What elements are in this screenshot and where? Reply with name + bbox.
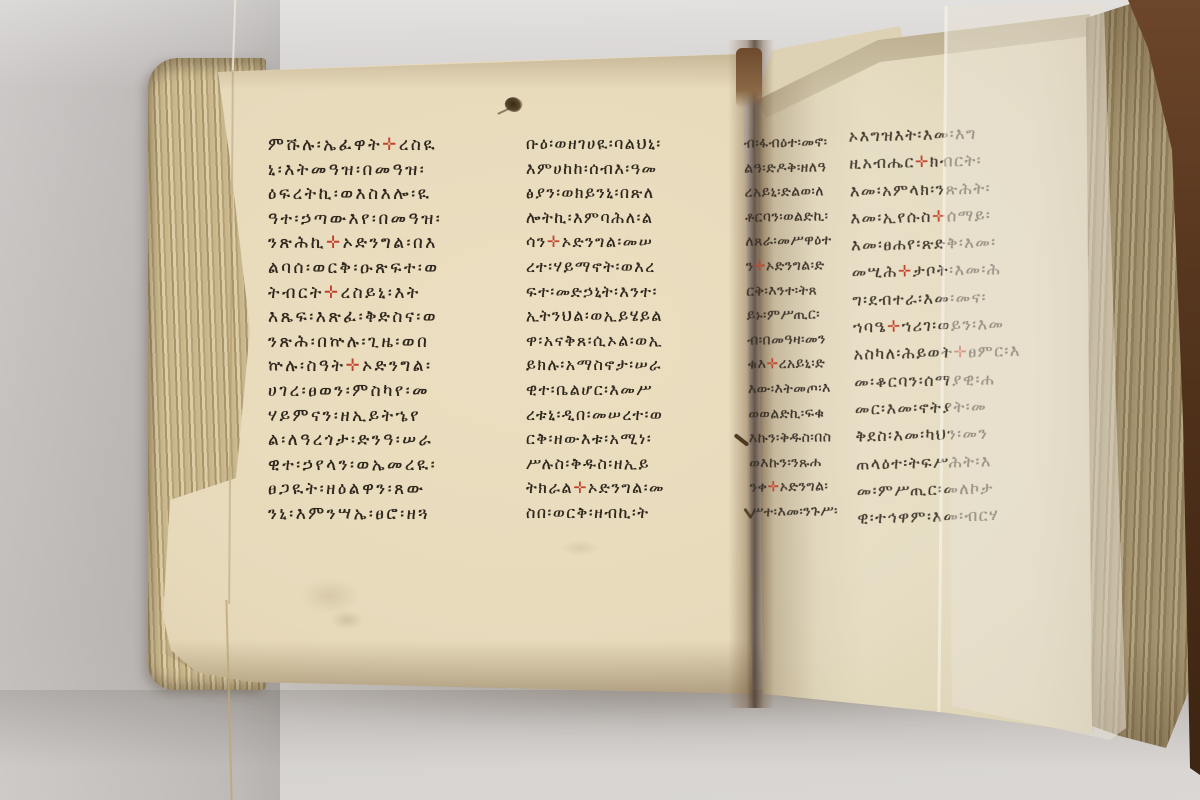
manuscript-text-line: ዊተ፡ኃየላን፡ወኤመረዪ፡ (268, 453, 518, 478)
manuscript-text-line: እኩን፡ቅዱስ፡በስ (749, 425, 842, 451)
parchment-stain (300, 578, 360, 614)
red-cross-divider: ✛ (887, 317, 902, 336)
manuscript-text-line: ይክሉ፡አማስኖታ፡ሠራ (526, 353, 738, 378)
manuscript-text-line: ሃይምናን፡ዘኢይትኄየ (268, 404, 518, 429)
manuscript-text-line: ወእኩን፡ንጹሐ (749, 450, 842, 476)
red-cross-divider: ✛ (345, 356, 362, 376)
manuscript-text-line: ሎትኪ፡እምባሕለ፡ል (526, 206, 738, 231)
manuscript-text-line: ፅያን፡ወክይንኒ፡በጽለ (526, 181, 738, 206)
manuscript-text-line: እው፡እትመጦ፡እ (748, 376, 841, 402)
manuscript-text-line: ለጸራ፡መሥዋዕተ (745, 229, 838, 255)
parchment-stain (560, 540, 600, 556)
manuscript-text-line: ይኑ፡ምሥጢር፡ (747, 302, 840, 328)
manuscript-text-line: ዋ፡አናቅጸ፡ሲኦል፡ወኢ (526, 329, 738, 354)
manuscript-text-line: ስበ፡ወርቅ፡ዘብኪ፡ት (526, 501, 738, 526)
manuscript-text-line: ረአይኒ፡ድልወ፡ለ (744, 179, 837, 205)
manuscript-text-line: ሥተ፡እመ፡ንጉሥ፡ (750, 499, 843, 525)
manuscript-text-line: ንቀ✛ኦድንግል፡ (750, 474, 843, 500)
manuscript-text-line: ንጽሕኪ✛ኦድንግል፡በእ (268, 231, 518, 256)
manuscript-text-line: ቶርባን፡ወልድኪ፡ (745, 204, 838, 230)
red-cross-divider: ✛ (754, 258, 767, 274)
red-cross-divider: ✛ (547, 232, 562, 251)
manuscript-text-line: ቡዕ፡ወዘገሀዪ፡ባልህኒ፡ (526, 132, 738, 157)
parchment-stain (330, 610, 364, 630)
left-page-column-2-text: ቡዕ፡ወዘገሀዪ፡ባልህኒ፡እምሀከከ፡ሰብእ፡ዓመፅያን፡ወክይንኒ፡በጽለሎ… (526, 132, 738, 530)
red-cross-divider: ✛ (326, 233, 343, 253)
manuscript-text-line: ፀጋዪት፡ዘዕልዋን፡ጸው (268, 477, 518, 502)
manuscript-text-line: ትክራል✛ኦድንግል፡መ (526, 476, 738, 501)
manuscript-text-line: ሀገረ፡ፀወን፡ምስካየ፡መ (268, 379, 518, 404)
manuscript-text-line: እጼፍ፡እጽፈ፡ቅድስና፡ወ (268, 305, 518, 330)
red-cross-divider: ✛ (898, 262, 913, 281)
red-cross-divider: ✛ (382, 135, 399, 155)
manuscript-text-line: ርቅ፡ዘውእቱ፡አሚነ፡ (526, 427, 738, 452)
manuscript-text-line: ንጽሕ፡በኵሉ፡ጊዜ፡ወበ (268, 330, 518, 355)
binding-gutter-top (736, 48, 762, 108)
red-cross-divider: ✛ (915, 152, 930, 171)
manuscript-text-line: ብ፡በመዓዛ፡መን (747, 327, 840, 353)
manuscript-text-line: ልባሰ፡ወርቅ፡ዑጽፍተ፡ወ (268, 256, 518, 281)
manuscript-text-line: ሳን✛ኦድንግል፡መሠ (526, 230, 738, 255)
manuscript-text-line: ሥሉስ፡ቅዱስ፡ዘኢይ (526, 452, 738, 477)
manuscript-text-line: ረቱኒ፡ዲበ፡መሠረተ፡ወ (526, 403, 738, 428)
manuscript-text-line: ኵሉ፡ስዓት✛ኦድንግል፡ (268, 354, 518, 379)
manuscript-text-line: ል፡ለዓረጎታ፡ድንዓ፡ሠራ (268, 428, 518, 453)
left-page-column-1-text: ምሹሉ፡ኤፈዋት✛ረስዪኒ፡እትመዓዝ፡በመዓዝ፡ዕፍረትኪ፡ወእስእሎ፡ዪዓተ… (268, 133, 518, 529)
red-cross-divider: ✛ (767, 480, 780, 496)
manuscript-text-line: ዊተ፡ቤልሆር፡እመሥ (526, 378, 738, 403)
manuscript-text-line: ኢትንህል፡ወኢይሄይል (526, 304, 738, 329)
manuscript-text-line: ልዓ፡ድዶቅ፡ዘለዓ (744, 155, 837, 181)
right-page-column-1-text: ብ፡ፋብዕተ፡መኖ፡ልዓ፡ድዶቅ፡ዘለዓረአይኒ፡ድልወ፡ለቶርባን፡ወልድኪ፡… (744, 130, 844, 532)
manuscript-text-line: ኒ፡እትመዓዝ፡በመዓዝ፡ (268, 158, 518, 183)
red-cross-divider: ✛ (573, 478, 588, 497)
manuscript-text-line: ፍተ፡መድኃኒት፡እንተ፡ (526, 280, 738, 305)
manuscript-text-line: ብ፡ፋብዕተ፡መኖ፡ (744, 130, 837, 156)
manuscript-text-line: ርቅ፡እንተ፡ትጸ (746, 278, 839, 304)
manuscript-text-line: ንኒ፡እምንሣኤ፡ፀሮ፡ዘጓ (268, 502, 518, 527)
manuscript-text-line: ምሹሉ፡ኤፈዋት✛ረስዪ (268, 133, 518, 158)
manuscript-text-line: ትብርት✛ረስይኒ፡እት (268, 281, 518, 306)
manuscript-text-line: ዓተ፡ኃጣውእየ፡በመዓዝ፡ (268, 207, 518, 232)
manuscript-text-line: ረተ፡ሃይማኖት፡ወእረ (526, 255, 738, 280)
manuscript-text-line: ወወልድኪ፡ፍቁ (748, 401, 841, 427)
red-cross-divider: ✛ (766, 357, 779, 373)
manuscript-text-line: እምሀከከ፡ሰብእ፡ዓመ (526, 157, 738, 182)
manuscript-text-line: ቁእ✛ረአይኒ፡ድ (747, 352, 840, 378)
red-cross-divider: ✛ (324, 283, 341, 303)
manuscript-text-line: ዕፍረትኪ፡ወእስእሎ፡ዪ (268, 182, 518, 207)
manuscript-text-line: ን✛ኦድንግል፡ድ (746, 253, 839, 279)
